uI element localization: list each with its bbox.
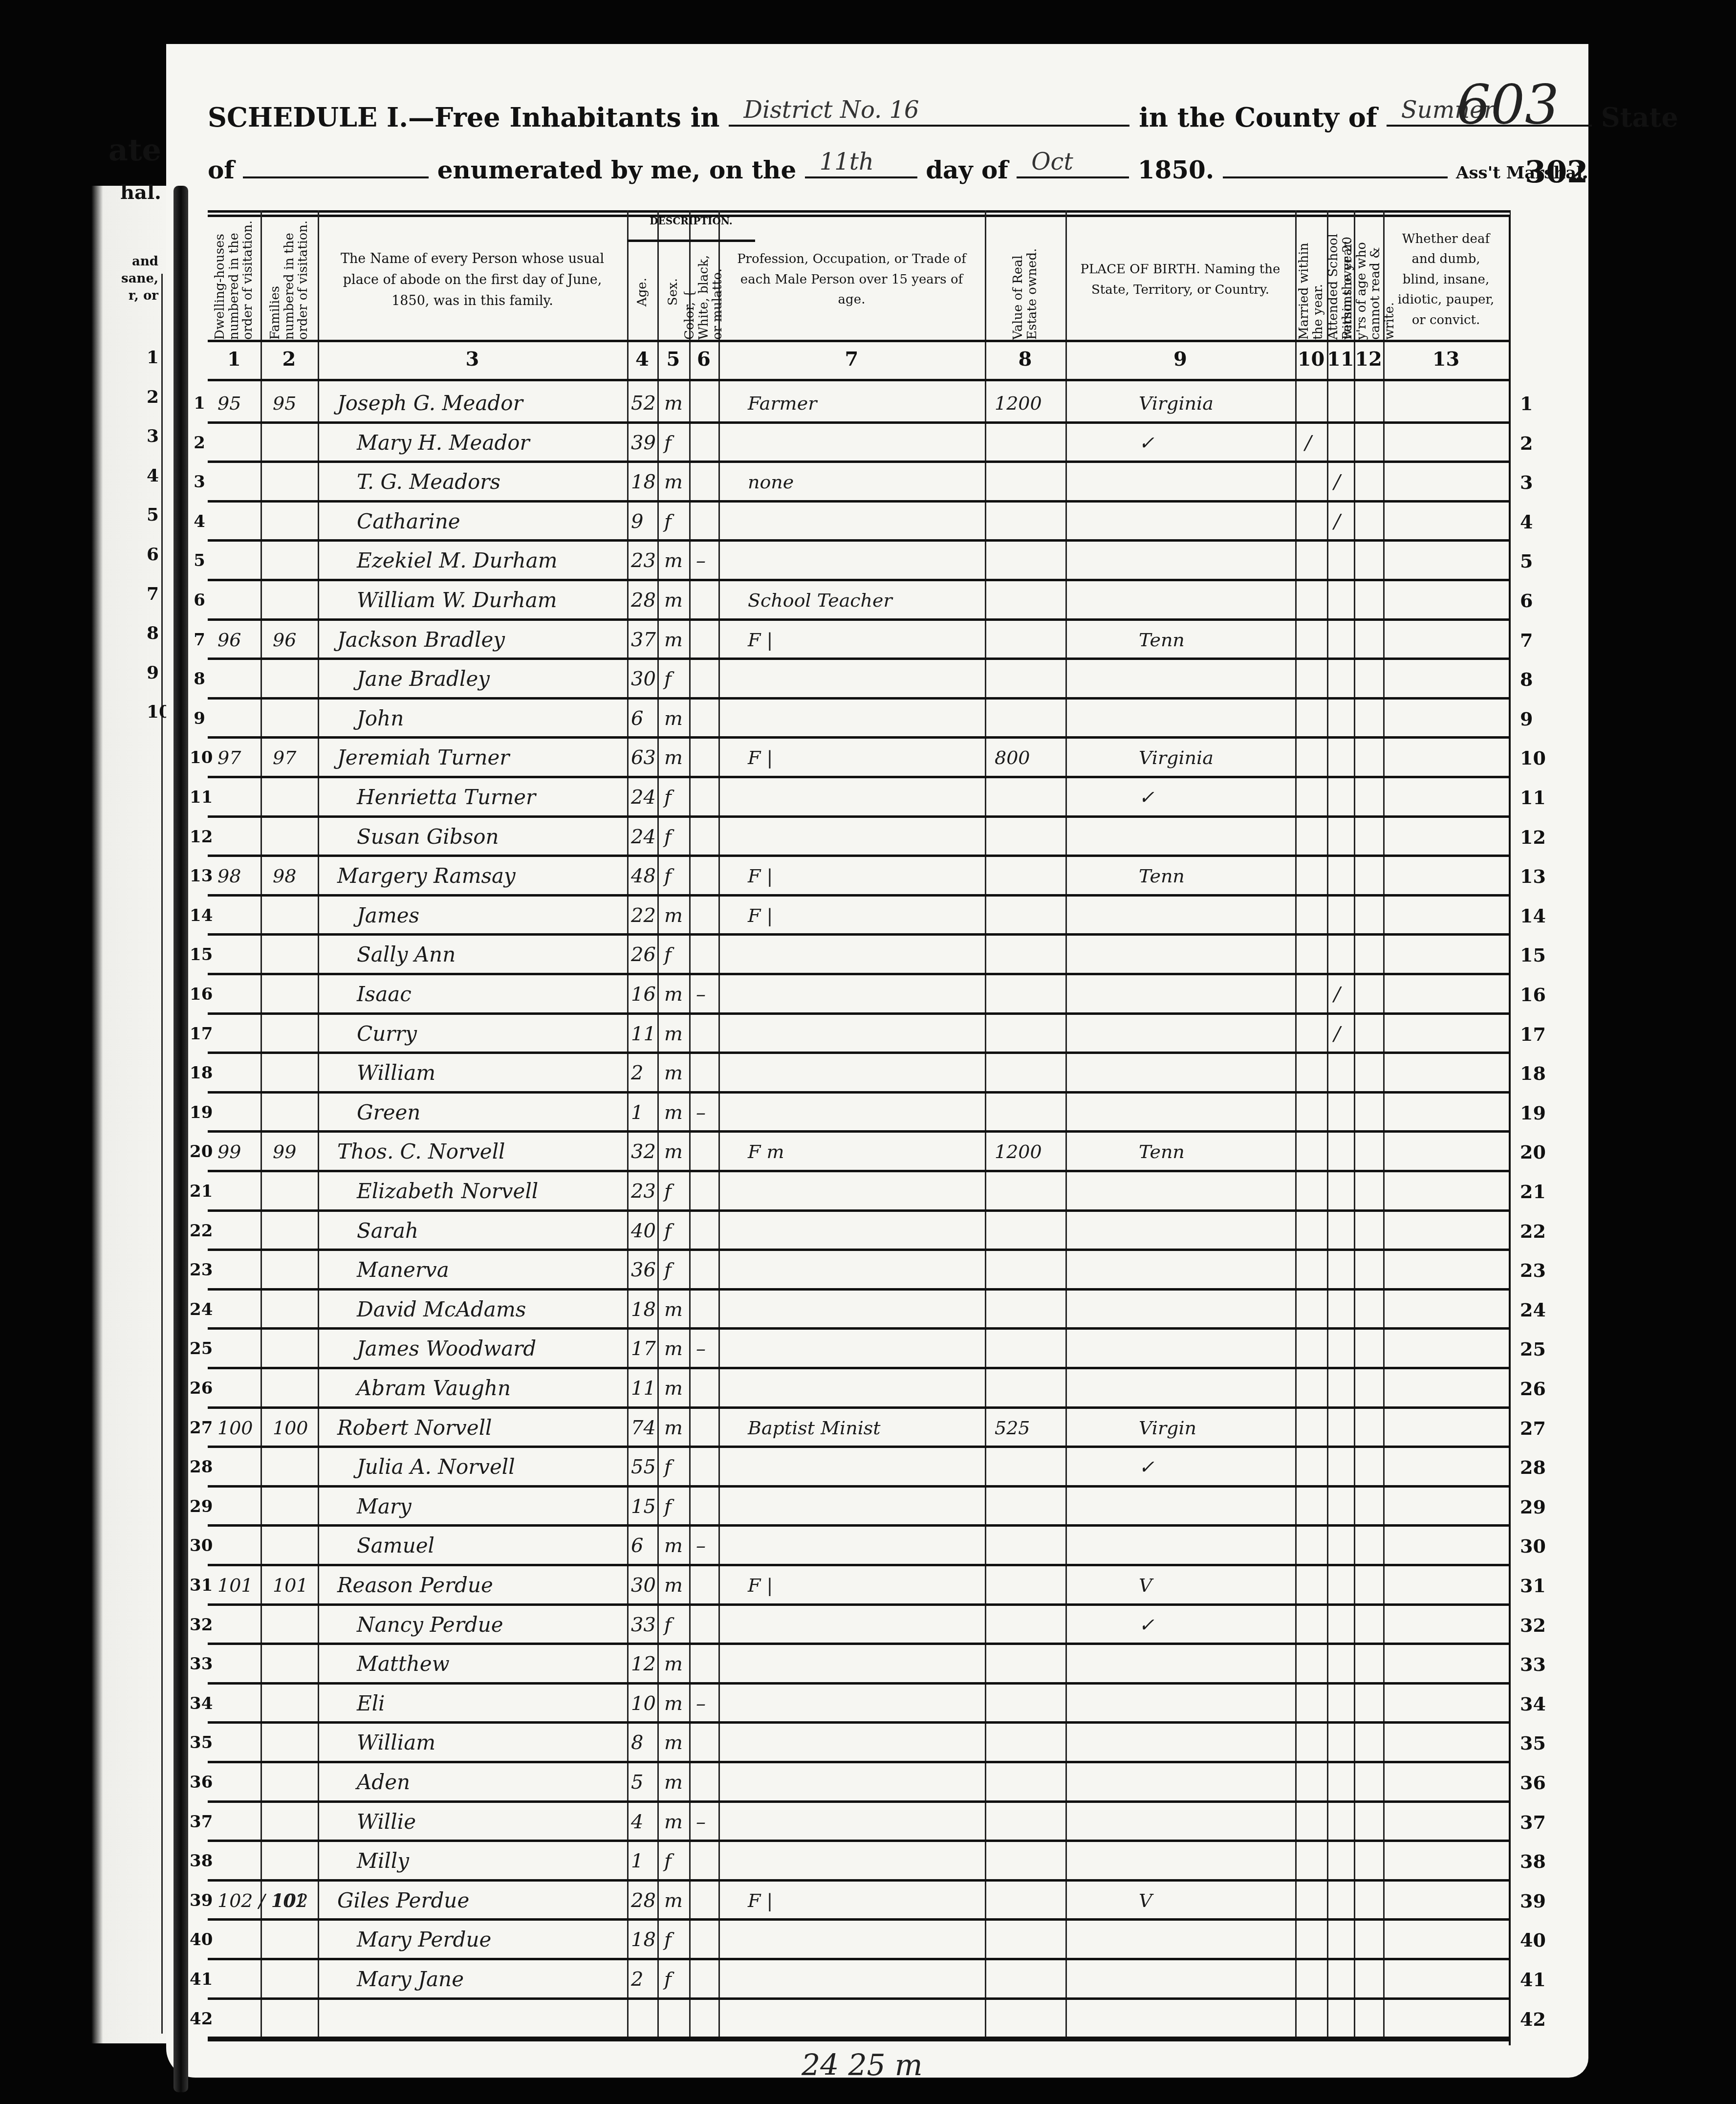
cell-age: 36 [631, 1250, 656, 1290]
cell-real-estate: 1200 [995, 384, 1042, 423]
prev-page-column [103, 274, 163, 2034]
cell-family: 96 [273, 620, 296, 659]
cell-age: 16 [631, 975, 656, 1014]
line-number-left: 28 [190, 1457, 209, 1477]
schedule-title: SCHEDULE I.—Free Inhabitants in [208, 102, 720, 133]
cell-dwelling: 97 [217, 738, 241, 777]
line-number-right: 9 [1520, 708, 1559, 730]
line-number-left: 37 [190, 1812, 209, 1832]
line-number-left: 15 [190, 945, 209, 964]
cell-name: William W. Durham [357, 581, 557, 620]
column-number: 8 [985, 342, 1065, 376]
column-header-1: Dwelling-houses numbered in the order of… [208, 220, 260, 340]
cell-age: 1 [631, 1093, 643, 1132]
column-header-8: Value of Real Estate owned. [985, 220, 1065, 340]
cell-sex: f [664, 659, 672, 699]
cell-occupation: Farmer [748, 384, 817, 423]
cell-sex: f [664, 1487, 672, 1526]
cell-age: 30 [631, 1566, 656, 1605]
cell-name: Sally Ann [357, 935, 456, 974]
line-number-right: 31 [1520, 1575, 1559, 1597]
cell-sex: m [664, 1132, 683, 1171]
column-divider [1295, 210, 1297, 2038]
cell-name: Mary [357, 1487, 412, 1526]
cell-name: Milly [357, 1841, 409, 1881]
cell-age: 15 [631, 1487, 656, 1526]
cell-family: 99 [273, 1132, 296, 1171]
column-number: 7 [718, 342, 985, 376]
line-number-left: 2 [190, 433, 209, 453]
day-field: 11th [805, 154, 917, 178]
column-header-10: Married within the year. [1295, 220, 1327, 340]
cell-age: 48 [631, 856, 656, 896]
cell-sex: m [664, 1329, 683, 1368]
cell-name: Eli [357, 1684, 385, 1723]
cell-age: 39 [631, 423, 656, 462]
line-number-right: 30 [1520, 1535, 1559, 1557]
line-number-right: 28 [1520, 1456, 1559, 1478]
prev-line-number: 10 [147, 701, 166, 722]
cell-family: 102 [273, 1881, 308, 1920]
cell-dwelling: 95 [217, 384, 241, 423]
column-header-label: Profession, Occupation, or Trade of each… [718, 249, 985, 310]
cell-sex: f [664, 502, 672, 541]
line-number-right: 5 [1520, 550, 1559, 572]
cell-sex: m [664, 1881, 683, 1920]
cell-name: Jane Bradley [357, 659, 490, 699]
cell-birthplace: Virgin [1139, 1408, 1196, 1447]
cell-occupation: none [748, 462, 794, 502]
cell-sex: m [664, 1566, 683, 1605]
cell-age: 6 [631, 1526, 643, 1565]
line-number-right: 24 [1520, 1299, 1559, 1321]
line-number-right: 23 [1520, 1259, 1559, 1281]
cell-occupation: F | [748, 1881, 773, 1920]
line-number-left: 16 [190, 985, 209, 1004]
cell-sex: f [664, 1841, 672, 1881]
cell-family: 101 [273, 1566, 308, 1605]
cell-name: William [357, 1053, 435, 1093]
cell-sex: m [664, 1093, 683, 1132]
line-number-right: 37 [1520, 1811, 1559, 1833]
line-number-right: 8 [1520, 668, 1559, 690]
cell-color: – [696, 1802, 706, 1841]
cell-sex: f [664, 1960, 672, 1999]
line-number-left: 36 [190, 1773, 209, 1792]
cell-age: 23 [631, 1172, 656, 1211]
cell-age: 37 [631, 620, 656, 659]
cell-name: William [357, 1723, 435, 1762]
cell-birthplace: ✓ [1139, 778, 1154, 817]
cell-age: 32 [631, 1132, 656, 1171]
cell-age: 17 [631, 1329, 656, 1368]
cell-sex: m [664, 1408, 683, 1447]
line-number-right: 19 [1520, 1102, 1559, 1124]
prev-line-number: 9 [147, 662, 166, 683]
cell-name: Thos. C. Norvell [337, 1132, 505, 1171]
line-number-right: 20 [1520, 1141, 1559, 1163]
cell-school: / [1334, 502, 1340, 541]
cell-sex: f [664, 1211, 672, 1250]
column-number: 11 [1327, 342, 1354, 376]
cell-color: – [696, 1093, 706, 1132]
column-number: 5 [657, 342, 689, 376]
cell-real-estate: 1200 [995, 1132, 1042, 1171]
month-field: Oct [1017, 154, 1129, 178]
column-divider [689, 210, 691, 2038]
cell-name: Manerva [357, 1250, 449, 1290]
line-number-right: 33 [1520, 1653, 1559, 1675]
column-header-label: Age. [635, 278, 650, 307]
prev-header-fragment: ate [108, 132, 161, 168]
cell-name: Curry [357, 1014, 417, 1053]
cell-name: Matthew [357, 1644, 450, 1684]
cell-name: James [357, 896, 419, 935]
line-number-left: 32 [190, 1615, 209, 1635]
binding-spine [174, 186, 188, 2092]
cell-sex: m [664, 581, 683, 620]
line-number-left: 8 [190, 669, 209, 689]
cell-school: / [1334, 1014, 1340, 1053]
cell-birthplace: V [1139, 1881, 1152, 1920]
cell-age: 55 [631, 1447, 656, 1487]
day-of-label: day of [926, 155, 1008, 184]
cell-age: 22 [631, 896, 656, 935]
cell-sex: m [664, 1290, 683, 1329]
cell-family: 100 [273, 1408, 308, 1447]
cell-family: 95 [273, 384, 296, 423]
year-label: 1850. [1138, 155, 1215, 184]
cell-name: Abram Vaughn [357, 1369, 511, 1408]
cell-age: 4 [631, 1802, 643, 1841]
line-number-right: 34 [1520, 1693, 1559, 1715]
cell-sex: f [664, 935, 672, 974]
cell-name: Reason Perdue [337, 1566, 493, 1605]
line-number-right: 15 [1520, 944, 1559, 966]
cell-age: 40 [631, 1211, 656, 1250]
line-number-left: 40 [190, 1930, 209, 1950]
header-rule [208, 340, 1509, 342]
column-number: 10 [1295, 342, 1327, 376]
line-number-left: 33 [190, 1654, 209, 1674]
cell-age: 24 [631, 778, 656, 817]
line-number-left: 27 [190, 1418, 209, 1438]
cell-age: 52 [631, 384, 656, 423]
line-number-left: 7 [190, 630, 209, 650]
line-number-right: 7 [1520, 629, 1559, 651]
cell-age: 11 [631, 1014, 656, 1053]
cell-name: Joseph G. Meador [337, 384, 523, 423]
line-number-left: 31 [190, 1576, 209, 1595]
line-number-left: 23 [190, 1260, 209, 1280]
cell-sex: m [664, 1644, 683, 1684]
district-field: District No. 16 [729, 100, 1129, 127]
cell-age: 11 [631, 1369, 656, 1408]
line-number-right: 35 [1520, 1732, 1559, 1754]
cell-birthplace: Tenn [1139, 620, 1185, 659]
prev-line-number: 1 [147, 347, 166, 368]
cell-dwelling: 101 [217, 1566, 253, 1605]
cell-sex: m [664, 1802, 683, 1841]
line-number-right: 42 [1520, 2008, 1559, 2030]
cell-age: 26 [631, 935, 656, 974]
cell-age: 2 [631, 1960, 643, 1999]
line-number-right: 4 [1520, 511, 1559, 533]
cell-occupation: F | [748, 620, 773, 659]
day-value: 11th [820, 148, 874, 175]
cell-dwelling: 99 [217, 1132, 241, 1171]
cell-sex: f [664, 817, 672, 856]
of-label: of [208, 155, 235, 184]
cell-name: Green [357, 1093, 420, 1132]
column-header-label: Sex. [666, 278, 680, 306]
cell-name: Mary Perdue [357, 1920, 491, 1959]
cell-sex: m [664, 384, 683, 423]
line-number-left: 9 [190, 709, 209, 728]
cell-name: Ezekiel M. Durham [357, 541, 558, 580]
line-number-left: 11 [190, 788, 209, 807]
line-number-right: 40 [1520, 1929, 1559, 1951]
handwritten-page-number: 603 [1456, 73, 1559, 136]
cell-birthplace: ✓ [1139, 1447, 1154, 1487]
column-number: 13 [1383, 342, 1509, 376]
cell-sex: m [664, 541, 683, 580]
cell-sex: f [664, 1447, 672, 1487]
cell-age: 28 [631, 581, 656, 620]
column-header-13: Whether deaf and dumb, blind, insane, id… [1383, 220, 1509, 340]
cell-dwelling: 100 [217, 1408, 253, 1447]
prev-line-number: 3 [147, 426, 166, 446]
cell-birthplace: Virginia [1139, 738, 1214, 777]
cell-birthplace: ✓ [1139, 1605, 1154, 1644]
cell-sex: m [664, 1526, 683, 1565]
cell-real-estate: 525 [995, 1408, 1030, 1447]
cell-birthplace: V [1139, 1566, 1152, 1605]
cell-sex: m [664, 1053, 683, 1093]
line-number-left: 19 [190, 1103, 209, 1122]
cell-name: Mary Jane [357, 1960, 464, 1999]
cell-occupation: F m [748, 1132, 784, 1171]
cell-sex: m [664, 896, 683, 935]
header-rule [208, 379, 1509, 381]
line-number-right: 17 [1520, 1023, 1559, 1045]
cell-name: Samuel [357, 1526, 434, 1565]
column-header-9: PLACE OF BIRTH. Naming the State, Territ… [1065, 220, 1295, 340]
line-number-right: 12 [1520, 826, 1559, 848]
line-number-right: 25 [1520, 1338, 1559, 1360]
line-number-right: 18 [1520, 1062, 1559, 1084]
column-header-label: Families numbered in the order of visita… [268, 220, 310, 340]
cell-real-estate: 800 [995, 738, 1030, 777]
cell-occupation: F | [748, 738, 773, 777]
cell-name: Sarah [357, 1211, 418, 1250]
cell-age: 12 [631, 1644, 656, 1684]
prev-line-number: 2 [147, 387, 166, 407]
line-number-left: 13 [190, 866, 209, 886]
county-label: in the County of [1139, 102, 1377, 133]
cell-name: Giles Perdue [337, 1881, 469, 1920]
prev-line-number: 6 [147, 544, 166, 565]
prev-line-number: 4 [147, 465, 166, 486]
column-header-label: Value of Real Estate owned. [1011, 220, 1039, 340]
line-number-left: 10 [190, 748, 209, 767]
row-rule [208, 1997, 1509, 2000]
district-value: District No. 16 [743, 96, 919, 124]
line-number-left: 3 [190, 472, 209, 492]
column-number: 9 [1065, 342, 1295, 376]
column-header-label: The Name of every Person whose usual pla… [318, 248, 627, 312]
column-header-12: Persons over 20 y'rs of age who cannot r… [1354, 220, 1383, 340]
cell-sex: f [664, 1250, 672, 1290]
cell-sex: f [664, 1920, 672, 1959]
cell-age: 8 [631, 1723, 643, 1762]
line-number-right: 11 [1520, 787, 1559, 809]
cell-age: 1 [631, 1841, 643, 1881]
cell-name: Elizabeth Norvell [357, 1172, 538, 1211]
prev-column-fragment: and [132, 254, 158, 269]
cell-name: Robert Norvell [337, 1408, 492, 1447]
column-divider [627, 210, 629, 2038]
line-number-left: 20 [190, 1142, 209, 1162]
cell-name: James Woodward [357, 1329, 536, 1368]
cell-sex: m [664, 620, 683, 659]
line-number-left: 39 [190, 1891, 209, 1910]
cell-name: Margery Ramsay [337, 856, 516, 896]
cell-sex: f [664, 778, 672, 817]
line-number-right: 22 [1520, 1220, 1559, 1242]
column-header-label: Dwelling-houses numbered in the order of… [213, 220, 255, 340]
line-number-right: 41 [1520, 1969, 1559, 1991]
cell-age: 24 [631, 817, 656, 856]
cell-sex: m [664, 1763, 683, 1802]
cell-color: – [696, 1684, 706, 1723]
column-header-4: Age. [627, 244, 657, 340]
line-number-left: 1 [190, 394, 209, 413]
cell-age: 74 [631, 1408, 656, 1447]
footer-tally: 24 25 m [802, 2048, 923, 2082]
row-rule [208, 1682, 1509, 1685]
line-number-left: 17 [190, 1024, 209, 1044]
cell-family: 98 [273, 856, 296, 896]
column-divider [1327, 210, 1328, 2038]
line-number-left: 5 [190, 551, 209, 570]
column-number: 12 [1354, 342, 1383, 376]
cell-sex: m [664, 462, 683, 502]
line-number-right: 13 [1520, 865, 1559, 887]
cell-sex: m [664, 1014, 683, 1053]
cell-name: Julia A. Norvell [357, 1447, 515, 1487]
column-divider [260, 210, 262, 2038]
cell-age: 23 [631, 541, 656, 580]
cell-color: – [696, 541, 706, 580]
cell-birthplace: ✓ [1139, 423, 1154, 462]
column-divider [1383, 210, 1385, 2038]
column-divider [985, 210, 986, 2038]
cell-name: Willie [357, 1802, 416, 1841]
cell-color: – [696, 1329, 706, 1368]
line-number-right: 39 [1520, 1890, 1559, 1912]
stamped-page-number: 302 [1525, 154, 1588, 190]
line-number-left: 6 [190, 591, 209, 610]
schedule-header-line2: of enumerated by me, on the 11th day of … [208, 154, 1588, 184]
line-number-right: 3 [1520, 471, 1559, 493]
line-number-left: 41 [190, 1970, 209, 1989]
line-number-left: 35 [190, 1733, 209, 1753]
cell-sex: m [664, 975, 683, 1014]
prev-line-number: 7 [147, 584, 166, 604]
line-number-right: 36 [1520, 1772, 1559, 1794]
column-header-label: PLACE OF BIRTH. Naming the State, Territ… [1065, 260, 1295, 300]
prev-column-fragment: sane, [121, 271, 158, 286]
cell-sex: m [664, 738, 683, 777]
column-divider [1354, 210, 1355, 2038]
cell-birthplace: Virginia [1139, 384, 1214, 423]
prev-column-fragment: r, or [129, 288, 158, 303]
line-number-left: 26 [190, 1379, 209, 1398]
column-number: 2 [260, 342, 318, 376]
cell-age: 30 [631, 659, 656, 699]
cell-dwelling: 98 [217, 856, 241, 896]
line-number-left: 42 [190, 2009, 209, 2029]
cell-birthplace: Tenn [1139, 856, 1185, 896]
cell-sex: f [664, 856, 672, 896]
cell-name: Catharine [357, 502, 460, 541]
line-number-right: 38 [1520, 1850, 1559, 1872]
line-number-left: 30 [190, 1536, 209, 1556]
prev-header-fragment: hal. [120, 181, 161, 204]
cell-birthplace: Tenn [1139, 1132, 1185, 1171]
column-number: 1 [208, 342, 260, 376]
cell-name: Henrietta Turner [357, 778, 536, 817]
cell-age: 18 [631, 1290, 656, 1329]
cell-age: 9 [631, 502, 643, 541]
month-value: Oct [1031, 148, 1073, 175]
cell-age: 6 [631, 699, 643, 738]
cell-age: 18 [631, 1920, 656, 1959]
column-divider [657, 210, 659, 2038]
cell-dwelling: 96 [217, 620, 241, 659]
cell-occupation: F | [748, 1566, 773, 1605]
cell-name: Mary H. Meador [357, 423, 530, 462]
cell-family: 97 [273, 738, 296, 777]
column-header-2: Families numbered in the order of visita… [260, 220, 318, 340]
line-number-left: 25 [190, 1339, 209, 1359]
line-number-right: 21 [1520, 1181, 1559, 1203]
line-number-right: 10 [1520, 747, 1559, 769]
cell-name: John [357, 699, 404, 738]
column-header-3: The Name of every Person whose usual pla… [318, 220, 627, 340]
cell-name: Jeremiah Turner [337, 738, 509, 777]
cell-married: / [1305, 423, 1311, 462]
cell-age: 28 [631, 1881, 656, 1920]
column-divider [1065, 210, 1067, 2038]
line-number-right: 2 [1520, 432, 1559, 454]
column-header-7: Profession, Occupation, or Trade of each… [718, 220, 985, 340]
cell-occupation: Baptist Minist [748, 1408, 881, 1447]
line-number-right: 16 [1520, 984, 1559, 1006]
cell-age: 33 [631, 1605, 656, 1644]
cell-school: / [1334, 462, 1340, 502]
line-number-right: 32 [1520, 1614, 1559, 1636]
cell-name: Nancy Perdue [357, 1605, 503, 1644]
cell-color: – [696, 1526, 706, 1565]
line-number-right: 14 [1520, 905, 1559, 927]
state-field [243, 154, 429, 178]
cell-school: / [1334, 975, 1340, 1014]
cell-age: 2 [631, 1053, 643, 1093]
line-number-right: 29 [1520, 1496, 1559, 1518]
marshal-name-field [1223, 154, 1448, 178]
